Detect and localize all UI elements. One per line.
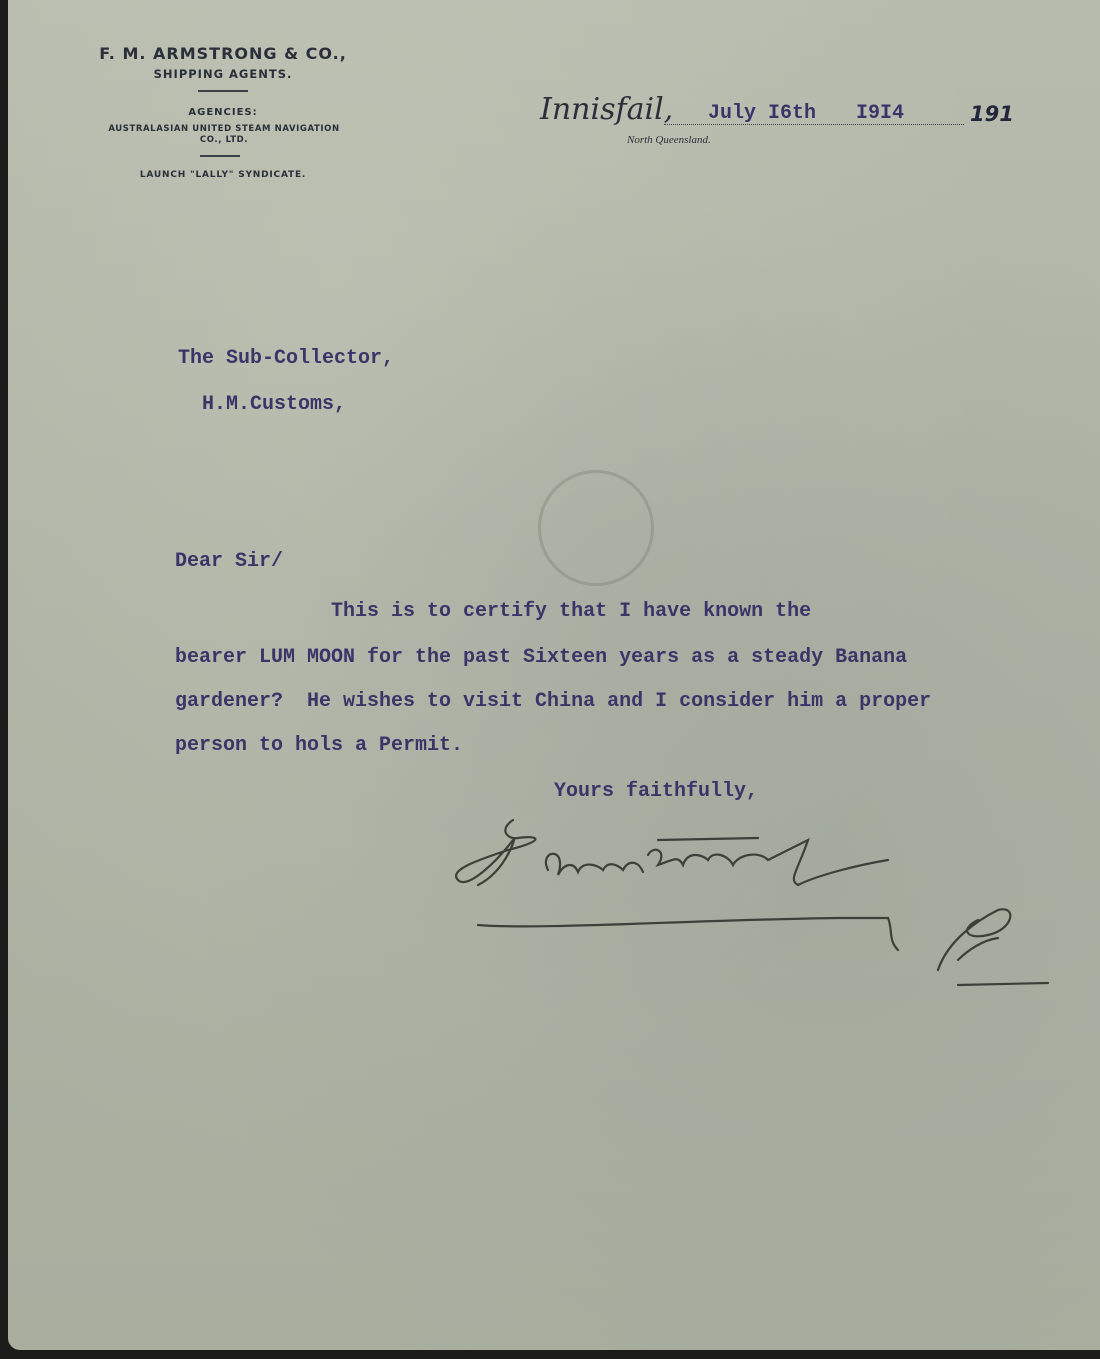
body-line-1: This is to certify that I have known the (175, 600, 811, 623)
addressee-line-2: H.M.Customs, (202, 393, 346, 416)
letterhead-agency-line-1: AUSTRALASIAN UNITED STEAM NAVIGATION (74, 124, 374, 134)
letterhead-role: SHIPPING AGENTS. (78, 67, 368, 81)
dateline-place: Innisfail, (540, 92, 673, 127)
addressee-line-1: The Sub-Collector, (178, 347, 394, 370)
letterhead-divider (198, 90, 248, 92)
letter-page: F. M. ARMSTRONG & CO., SHIPPING AGENTS. … (8, 0, 1100, 1350)
letterhead-divider (200, 155, 240, 157)
dateline-region: North Queensland. (627, 134, 711, 146)
body-line-4: person to hols a Permit. (175, 734, 463, 757)
closing: Yours faithfully, (554, 780, 758, 803)
signature (438, 810, 1058, 990)
printed-year-prefix: 191 (970, 102, 1014, 126)
letterhead-company: F. M. ARMSTRONG & CO., (78, 44, 368, 63)
letterhead-launch: LAUNCH "LALLY" SYNDICATE. (78, 170, 368, 180)
salutation: Dear Sir/ (175, 550, 283, 573)
dateline-date: July I6th (708, 102, 816, 125)
stamp-stain (538, 470, 654, 586)
letterhead-agency-line-2: CO., LTD. (74, 135, 374, 145)
letterhead-agencies-label: AGENCIES: (78, 107, 368, 118)
body-line-3: gardener? He wishes to visit China and I… (175, 690, 931, 713)
dateline-year: I9I4 (856, 102, 904, 125)
body-line-2: bearer LUM MOON for the past Sixteen yea… (175, 646, 907, 669)
